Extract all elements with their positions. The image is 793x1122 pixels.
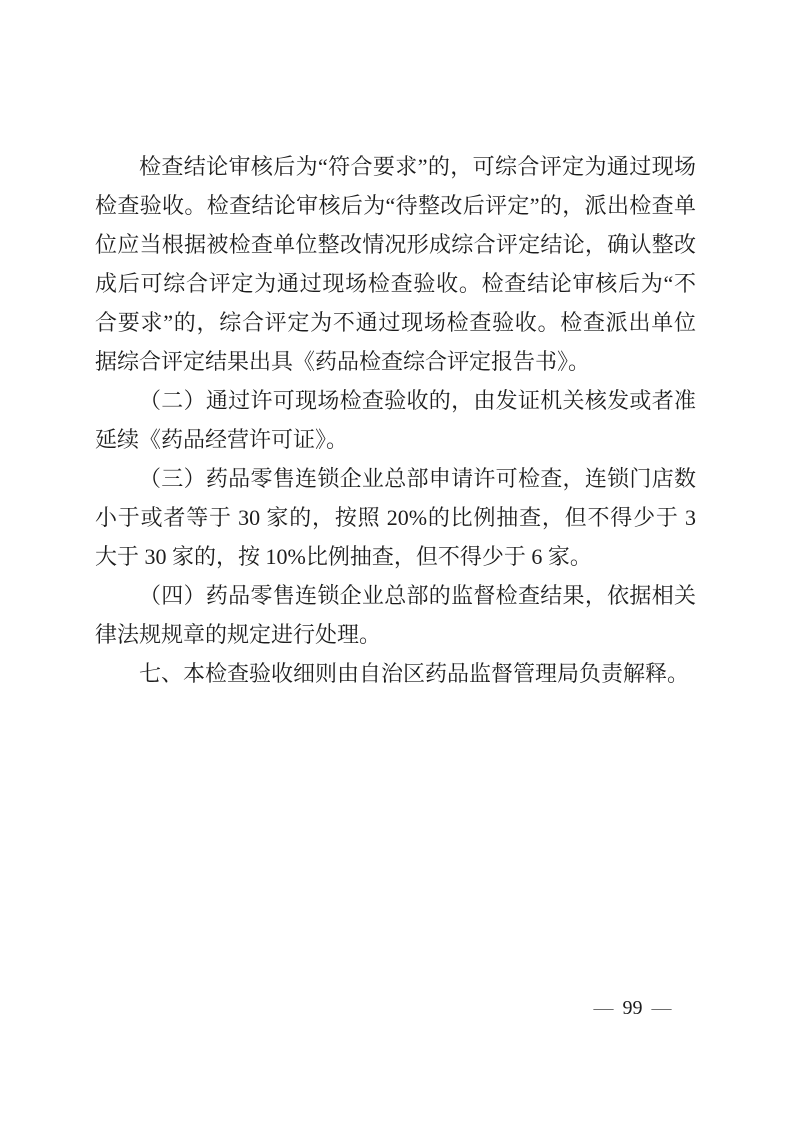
paragraph-line: 小于或者等于 30 家的，按照 20%的比例抽查，但不得少于 3 家； bbox=[95, 498, 696, 537]
paragraph-line: 延续《药品经营许可证》。 bbox=[95, 420, 696, 459]
paragraph-line: 位应当根据被检查单位整改情况形成综合评定结论，确认整改完 bbox=[95, 225, 696, 264]
paragraph-line: 成后可综合评定为通过现场检查验收。检查结论审核后为“不符 bbox=[95, 264, 696, 303]
paragraph-line: 检查结论审核后为“符合要求”的，可综合评定为通过现场 bbox=[95, 147, 696, 186]
document-page: 检查结论审核后为“符合要求”的，可综合评定为通过现场 检查验收。检查结论审核后为… bbox=[0, 0, 793, 1122]
paragraph-line: 七、本检查验收细则由自治区药品监督管理局负责解释。 bbox=[95, 654, 696, 693]
document-text-block: 检查结论审核后为“符合要求”的，可综合评定为通过现场 检查验收。检查结论审核后为… bbox=[95, 147, 696, 693]
paragraph-line: （四）药品零售连锁企业总部的监督检查结果，依据相关法 bbox=[95, 576, 696, 615]
paragraph-line: 据综合评定结果出具《药品检查综合评定报告书》。 bbox=[95, 342, 696, 381]
paragraph-line: 大于 30 家的，按 10%比例抽查，但不得少于 6 家。 bbox=[95, 537, 696, 576]
page-number-dash-right: — bbox=[652, 997, 672, 1019]
paragraph-line: （三）药品零售连锁企业总部申请许可检查，连锁门店数量 bbox=[95, 459, 696, 498]
paragraph-line: （二）通过许可现场检查验收的，由发证机关核发或者准予 bbox=[95, 381, 696, 420]
page-number: 99 bbox=[623, 997, 643, 1019]
page-number-dash-left: — bbox=[594, 997, 614, 1019]
page-number-footer: —99— bbox=[585, 996, 680, 1020]
paragraph-line: 合要求”的，综合评定为不通过现场检查验收。检查派出单位依 bbox=[95, 303, 696, 342]
paragraph-line: 检查验收。检查结论审核后为“待整改后评定”的，派出检查单 bbox=[95, 186, 696, 225]
paragraph-line: 律法规规章的规定进行处理。 bbox=[95, 615, 696, 654]
